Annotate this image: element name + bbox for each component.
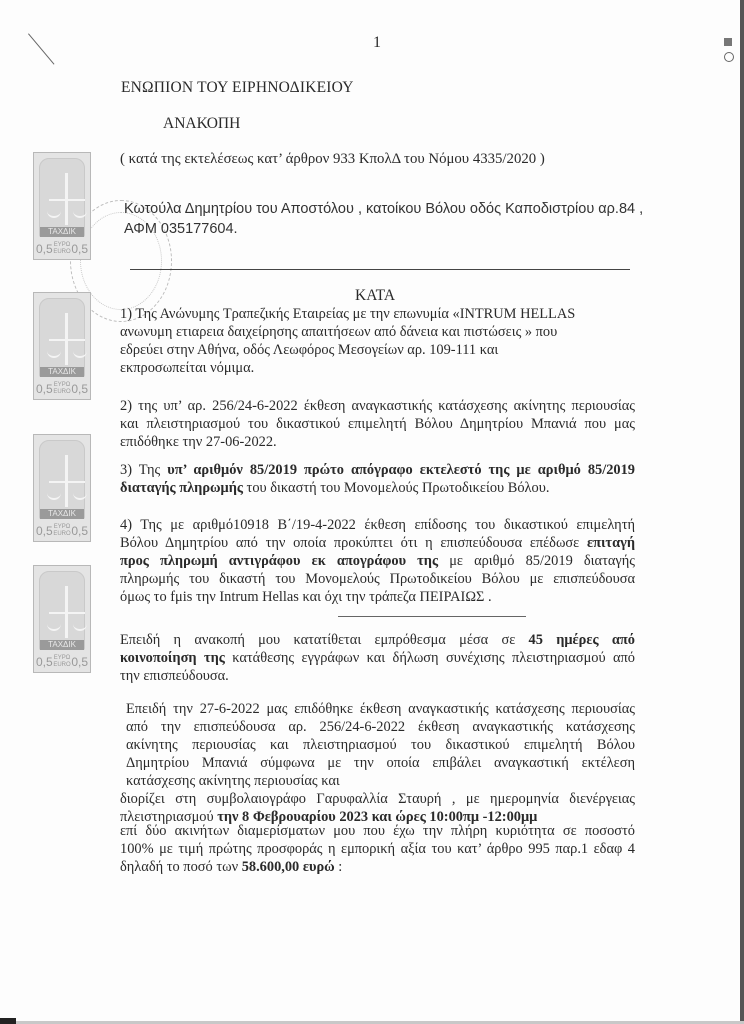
stamp-label: ΤΑΧΔΙΚ [40, 367, 84, 377]
bold-text: 45 ημέρες από [529, 632, 635, 648]
stamp-value: 0,5 [71, 382, 88, 396]
text-line: από την επισπεύδουσα αρ. 256/24-6-2022 έ… [120, 718, 635, 736]
text-line: Επειδή την 27-6-2022 μας επιδόθηκε έκθεσ… [120, 700, 635, 718]
text-line: εκπροσωπείται νόμιμα. [120, 359, 635, 377]
stamp-value: 0,5 [71, 242, 88, 256]
text-line: 4) Της με αριθμό10918 Β΄/19-4-2022 έκθεσ… [120, 516, 635, 534]
text-line: Δημητρίου Μπανιά σύμφωνα με την οποία επ… [120, 754, 635, 772]
stamp-value: 0,5 [71, 655, 88, 669]
stamp-currency: EURO [53, 531, 70, 537]
text-line: την επισπεύδουσα. [120, 667, 635, 685]
bold-text: διαταγής πληρωμής [120, 480, 243, 496]
timeliness-paragraph: Επειδή η ανακοπή μου κατατίθεται εμπρόθε… [120, 631, 635, 685]
text-fragment: δηλαδή το ποσό των [120, 859, 242, 875]
circle-mark-icon [724, 52, 734, 62]
text-fragment: : [335, 859, 343, 875]
document-title: ΑΝΑΚΟΠΗ [163, 115, 240, 133]
respondent-item-4: 4) Της με αριθμό10918 Β΄/19-4-2022 έκθεσ… [120, 516, 635, 606]
petitioner-tax-id: ΑΦΜ 035177604. [124, 219, 643, 239]
text-fragment: κατάθεσης εγγράφων και δήλωση συνέχισης … [225, 650, 635, 666]
divider [130, 269, 630, 270]
stamp-value: 0,5 [71, 524, 88, 538]
stamp-currency: ΕΥΡΩ [54, 655, 71, 661]
respondent-item-2: 2) της υπ’ αρ. 256/24-6-2022 έκθεση αναγ… [120, 397, 635, 451]
text-fragment: Βόλου Δημητρίου από την οποία προκύπτει … [120, 535, 587, 551]
text-line: ακίνητης περιουσίας και πλειστηριασμού τ… [120, 736, 635, 754]
petitioner-block: Κωτούλα Δημητρίου του Αποστόλου , κατοίκ… [124, 199, 643, 239]
stamp-value: 0,5 [36, 242, 53, 256]
text-line: κατάσχεσης ακίνητης περιουσίας και [120, 772, 635, 790]
text-line: όμως το fμis την Intrum Hellas και όχι τ… [120, 588, 635, 606]
text-fragment: 3) Της [120, 462, 167, 478]
text-line: εδρεύει στην Αθήνα, οδός Λεωφόρος Μεσογε… [120, 341, 635, 359]
respondent-item-3: 3) Της υπ’ αριθμόν 85/2019 πρώτο απόγραφ… [120, 461, 635, 497]
auction-paragraph: διορίζει στη συμβολαιογράφο Γαρυφαλλία Σ… [120, 790, 635, 826]
text-line: επί δύο ακινήτων διαμερίσματων μου που έ… [120, 822, 635, 840]
text-fragment: Επειδή η ανακοπή μου κατατίθεται εμπρόθε… [120, 632, 529, 648]
scanned-document-page: ΤΑΧΔΙΚ 0,5ΕΥΡΩEURO0,5 ΤΑΧΔΙΚ 0,5ΕΥΡΩEURO… [0, 0, 744, 1024]
bold-text: κοινοποίηση της [120, 650, 225, 666]
stamp-currency: ΕΥΡΩ [54, 382, 71, 388]
court-heading: ΕΝΩΠΙΟΝ ΤΟΥ ΕΙΡΗΝΟΔΙΚΕΙΟΥ [121, 79, 354, 97]
bold-text: προς πληρωμή αντιγράφου εκ απογράφου της [120, 553, 438, 569]
text-fragment: με αριθμό 85/2019 διαταγής [438, 553, 635, 569]
stamp-label: ΤΑΧΔΙΚ [40, 227, 84, 237]
square-mark-icon [724, 38, 732, 46]
stamp-currency: EURO [53, 249, 70, 255]
bold-text: υπ’ αριθμόν 85/2019 πρώτο απόγραφο εκτελ… [167, 462, 635, 478]
document-subtitle: ( κατά της εκτελέσεως κατ’ άρθρον 933 Κπ… [120, 151, 545, 168]
revenue-stamp: ΤΑΧΔΙΚ 0,5ΕΥΡΩEURO0,5 [33, 565, 91, 673]
text-line: 2) της υπ’ αρ. 256/24-6-2022 έκθεση αναγ… [120, 397, 635, 415]
divider [338, 616, 526, 617]
scan-edge-right [740, 0, 744, 1024]
revenue-stamp: ΤΑΧΔΙΚ 0,5ΕΥΡΩEURO0,5 [33, 152, 91, 260]
stamp-currency: EURO [53, 662, 70, 668]
petitioner-name-address: Κωτούλα Δημητρίου του Αποστόλου , κατοίκ… [124, 199, 643, 219]
text-line: ανωνυμη ετιαρεια δαιχείρησης απαιτήσεων … [120, 323, 635, 341]
text-line: και πλειστηριασμού του δικαστικού επιμελ… [120, 415, 635, 433]
revenue-stamp: ΤΑΧΔΙΚ 0,5ΕΥΡΩEURO0,5 [33, 292, 91, 400]
page-number: 1 [373, 34, 381, 52]
property-paragraph: επί δύο ακινήτων διαμερίσματων μου που έ… [120, 822, 635, 876]
text-line: 100% με τιμή πρώτης προσφοράς η εμπορική… [120, 840, 635, 858]
text-line: 1) Της Ανώνυμης Τραπεζικής Εταιρείας με … [120, 305, 635, 323]
stamp-currency: ΕΥΡΩ [54, 524, 71, 530]
text-fragment: του δικαστή του Μονομελούς Πρωτοδικείου … [243, 480, 549, 496]
against-heading: ΚΑΤΑ [355, 287, 395, 305]
stamp-value: 0,5 [36, 655, 53, 669]
stamp-label: ΤΑΧΔΙΚ [40, 640, 84, 650]
stamp-currency: ΕΥΡΩ [54, 242, 71, 248]
scanner-marks [724, 38, 736, 62]
text-line: πληρωμής του δικαστή του Μονομελούς Πρωτ… [120, 570, 635, 588]
amount: 58.600,00 ευρώ [242, 859, 335, 875]
text-line: επιδόθηκε την 27-06-2022. [120, 433, 635, 451]
scan-corner [0, 1018, 16, 1024]
stamp-currency: EURO [53, 389, 70, 395]
bold-text: επιταγή [587, 535, 635, 551]
pen-mark [28, 14, 77, 65]
facts-paragraph: Επειδή την 27-6-2022 μας επιδόθηκε έκθεσ… [120, 700, 635, 790]
stamp-label: ΤΑΧΔΙΚ [40, 509, 84, 519]
stamp-value: 0,5 [36, 382, 53, 396]
revenue-stamp: ΤΑΧΔΙΚ 0,5ΕΥΡΩEURO0,5 [33, 434, 91, 542]
stamp-value: 0,5 [36, 524, 53, 538]
respondent-item-1: 1) Της Ανώνυμης Τραπεζικής Εταιρείας με … [120, 305, 635, 377]
text-line: διορίζει στη συμβολαιογράφο Γαρυφαλλία Σ… [120, 790, 635, 808]
